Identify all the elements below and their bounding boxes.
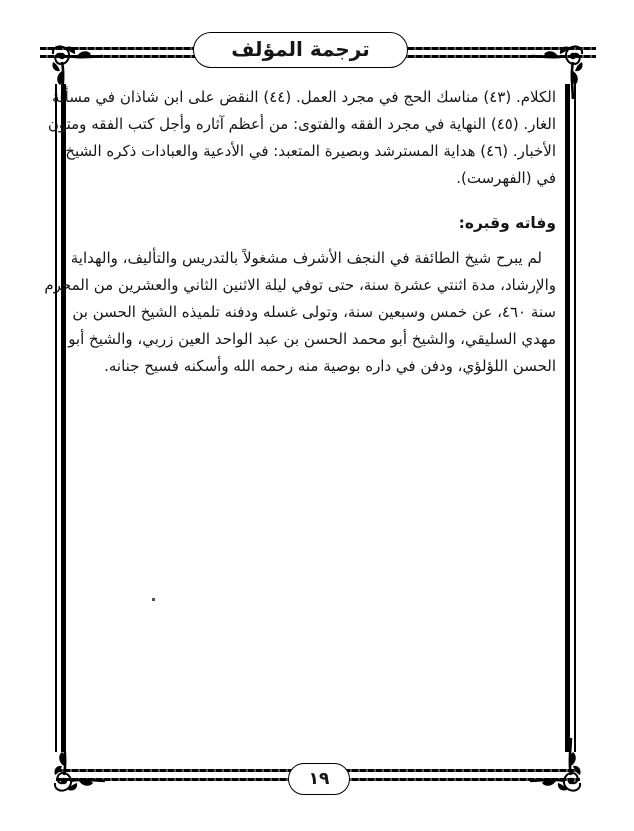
floral-corner-ornament-icon <box>52 737 106 793</box>
paragraph1-line3: الأخبار. (٤٦) هداية المسترشد وبصيرة المت… <box>86 138 556 164</box>
floral-corner-ornament-icon <box>529 737 583 793</box>
page-title: ترجمة المؤلف <box>231 39 370 62</box>
book-page: ترجمة المؤلف الكلام. (٤٣) مناسك الحج في … <box>0 0 634 831</box>
frame-left-border <box>55 84 66 752</box>
page-number-cartouche: ١٩ <box>288 763 350 795</box>
paragraph2-line5: الحسن اللؤلؤي، ودفن في داره بوصية منه رح… <box>86 353 556 379</box>
paragraph1-line4: في (الفهرست). <box>86 165 556 191</box>
paragraph2-line1: لم يبرح شيخ الطائفة في النجف الأشرف مشغو… <box>86 245 556 271</box>
paragraph1-line1: الكلام. (٤٣) مناسك الحج في مجرد العمل. (… <box>86 84 556 110</box>
page-number: ١٩ <box>309 771 330 788</box>
paragraph2-line2: والإرشاد، مدة اثنتي عشرة سنة، حتى توفي ل… <box>86 272 556 298</box>
header-cartouche: ترجمة المؤلف <box>193 32 408 68</box>
scan-speck <box>152 598 155 601</box>
paragraph1-line2: الغار. (٤٥) النهاية في مجرد الفقه والفتو… <box>86 111 556 137</box>
paragraph2-line3: سنة ٤٦٠، عن خمس وسبعين سنة، وتولى غسله و… <box>86 299 556 325</box>
floral-corner-ornament-icon <box>50 44 104 100</box>
floral-corner-ornament-icon <box>531 44 585 100</box>
frame-right-border <box>565 84 576 752</box>
section-heading: وفاته وقبره: <box>86 210 556 236</box>
paragraph2-line4: مهدي السليقي، والشيخ أبو محمد الحسن بن ع… <box>86 326 556 352</box>
